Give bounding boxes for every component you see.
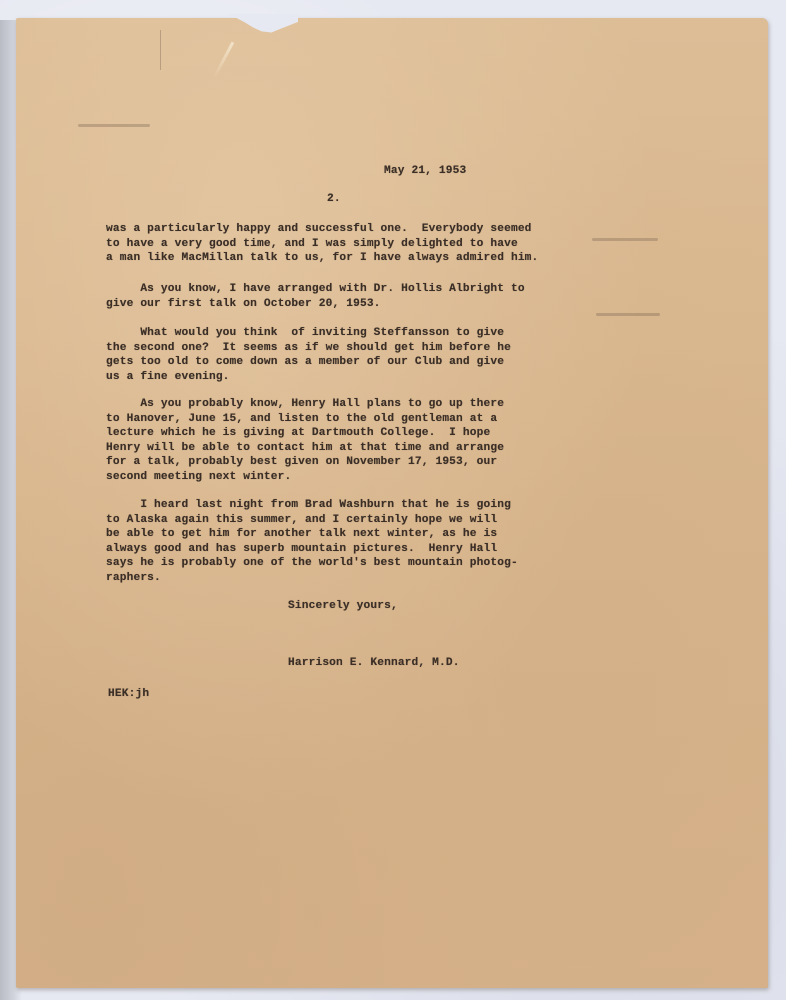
text-line: As you know, I have arranged with Dr. Ho… [106,282,566,297]
text-line: was a particularly happy and successful … [106,222,566,237]
text-line: I heard last night from Brad Washburn th… [106,498,566,513]
text-line: raphers. [106,571,566,586]
text-line: says he is probably one of the world's b… [106,556,566,571]
paragraph-steffansson: What would you think of inviting Steffan… [106,326,566,384]
text-line: for a talk, probably best given on Novem… [106,455,566,470]
text-line: Henry will be able to contact him at tha… [106,441,566,456]
signature-block: Harrison E. Kennard, M.D. [288,656,460,670]
text-line: to have a very good time, and I was simp… [106,237,566,252]
page-number: 2. [327,192,341,206]
reference-initials: HEK:jh [108,687,149,701]
text-line: What would you think of inviting Steffan… [106,326,566,341]
letter-date: May 21, 1953 [384,164,466,178]
closing: Sincerely yours, [288,599,398,613]
typed-letter: May 21, 1953 2. was a particularly happy… [0,0,786,1000]
paragraph-albright: As you know, I have arranged with Dr. Ho… [106,282,566,311]
text-line: second meeting next winter. [106,470,566,485]
paragraph-henry-hall: As you probably know, Henry Hall plans t… [106,397,566,484]
text-line: to Alaska again this summer, and I certa… [106,513,566,528]
text-line: lecture which he is giving at Dartmouth … [106,426,566,441]
text-line: always good and has superb mountain pict… [106,542,566,557]
text-line: to Hanover, June 15, and listen to the o… [106,412,566,427]
text-line: give our first talk on October 20, 1953. [106,297,566,312]
text-line: the second one? It seems as if we should… [106,341,566,356]
text-line: As you probably know, Henry Hall plans t… [106,397,566,412]
text-line: us a fine evening. [106,370,566,385]
text-line: a man like MacMillan talk to us, for I h… [106,251,566,266]
paragraph-macmillan: was a particularly happy and successful … [106,222,566,266]
text-line: be able to get him for another talk next… [106,527,566,542]
paragraph-washburn: I heard last night from Brad Washburn th… [106,498,566,585]
text-line: gets too old to come down as a member of… [106,355,566,370]
